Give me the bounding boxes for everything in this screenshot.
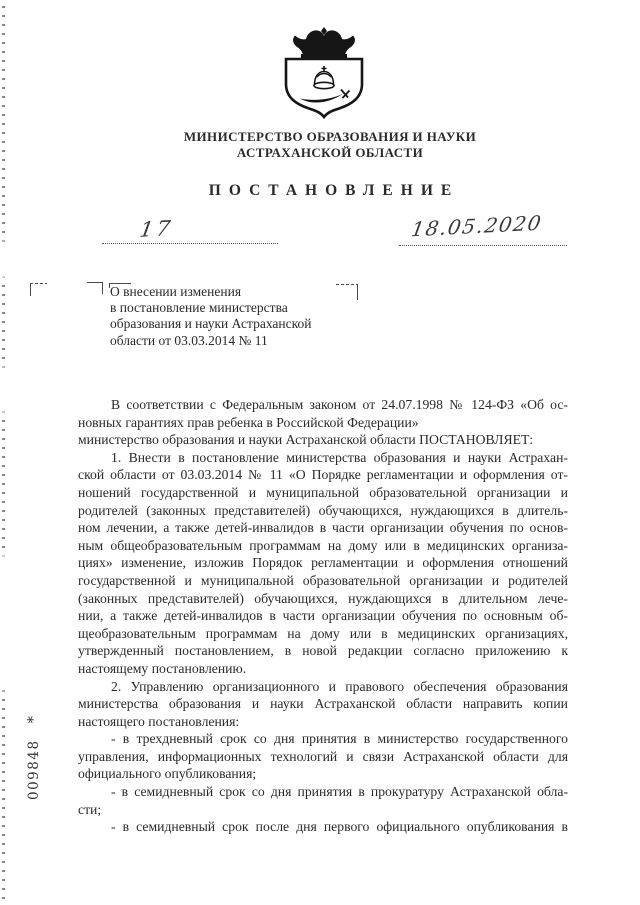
body-line: сти; xyxy=(78,801,568,819)
body-line: 2. Управлению организационного и правово… xyxy=(78,678,568,696)
body-line: настоящему постановлению. xyxy=(78,660,568,678)
subject-line: в постановление министерства xyxy=(110,300,350,316)
body-line: ным общеобразовательным программам на до… xyxy=(78,537,568,555)
subject-line: О внесении изменения xyxy=(110,284,350,300)
body-line: ской области от 03.03.2014 № 11 «О Поряд… xyxy=(78,466,568,484)
body-line: щеобразовательным программам на дому или… xyxy=(78,625,568,643)
body-line: министерство образования и науки Астраха… xyxy=(78,431,568,449)
body-line: (законных представителей) обучающихся, н… xyxy=(78,590,568,608)
doc-number-line xyxy=(102,231,278,244)
subject-line: образования и науки Астраханской xyxy=(110,316,350,332)
body-line: 1. Внести в постановление министерства о… xyxy=(78,449,568,467)
subject-block: О внесении измененияв постановление мини… xyxy=(110,284,350,349)
body-line: родителей (законных представителей) обуч… xyxy=(78,502,568,520)
crown-icon xyxy=(293,27,355,59)
shield-icon xyxy=(286,59,362,117)
form-stamp-asterisk: * xyxy=(24,714,42,723)
body-line: утвержденный постановлением, в новой ред… xyxy=(78,642,568,660)
form-stamp-digits: 009848 xyxy=(26,739,42,800)
body-line: управления, информационных технологий и … xyxy=(78,748,568,766)
doc-number-handwritten: 17 xyxy=(138,216,175,242)
body-line: министерства образования и науки Астраха… xyxy=(78,695,568,713)
body-line: настоящего постановления: xyxy=(78,713,568,731)
body-line: государственной и муниципальной образова… xyxy=(78,572,568,590)
scanned-decree-page: МИНИСТЕРСТВО ОБРАЗОВАНИЯ И НАУКИ АСТРАХА… xyxy=(0,0,640,905)
form-stamp-number: 009848* xyxy=(24,688,42,800)
body-line: циях» изменение, изложив Порядок регламе… xyxy=(78,554,568,572)
body-line: В соответствии с Федеральным законом от … xyxy=(78,396,568,414)
scan-edge-artifacts xyxy=(2,6,5,899)
doc-type-title: ПОСТАНОВЛЕНИЕ xyxy=(20,182,640,200)
org-name-line1: МИНИСТЕРСТВО ОБРАЗОВАНИЯ И НАУКИ xyxy=(20,129,640,145)
body-line: ном лечении, а также детей-инвалидов в ч… xyxy=(78,519,568,537)
body-line: новных гарантиях прав ребенка в Российск… xyxy=(78,414,568,432)
body-line: - в семидневный срок со дня принятия в п… xyxy=(78,783,568,801)
body-text: В соответствии с Федеральным законом от … xyxy=(78,396,568,836)
body-line: - в семидневный срок после дня первого о… xyxy=(78,818,568,836)
org-name-line2: АСТРАХАНСКОЙ ОБЛАСТИ xyxy=(20,145,640,161)
body-line: - в трехдневный срок со дня принятия в м… xyxy=(78,730,568,748)
subject-line: области от 03.03.2014 № 11 xyxy=(110,333,350,349)
body-line: официального опубликования; xyxy=(78,765,568,783)
astrakhan-coat-of-arms-icon xyxy=(281,27,367,119)
body-line: нии, а также детей-инвалидов в части орг… xyxy=(78,607,568,625)
body-line: ношений государственной и муниципальной … xyxy=(78,484,568,502)
